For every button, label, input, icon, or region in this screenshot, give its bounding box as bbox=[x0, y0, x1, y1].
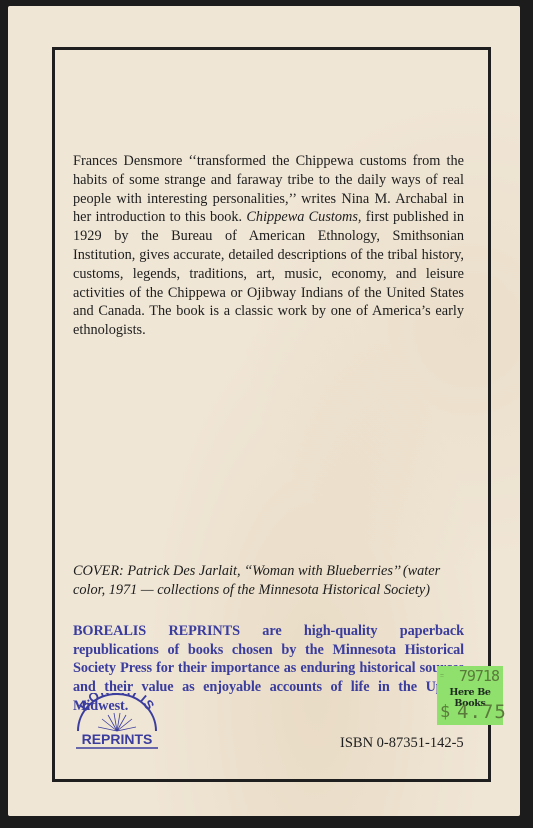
svg-text:BOREALIS: BOREALIS bbox=[76, 693, 158, 714]
logo-top-text: BOREALIS bbox=[76, 693, 158, 714]
book-title: Chippewa Customs, bbox=[246, 209, 361, 225]
description-text-continued: first published in 1929 by the Bureau of… bbox=[73, 209, 464, 338]
borealis-reprints-logo: BOREALIS REPRINTS bbox=[72, 693, 162, 749]
cover-credit: COVER: Patrick Des Jarlait, ‘‘Woman with… bbox=[73, 562, 464, 599]
price: 4.75 bbox=[457, 701, 507, 723]
sticker-mark: = bbox=[440, 672, 444, 680]
sticker-code: 79718 bbox=[459, 667, 499, 685]
book-description: Frances Densmore ‘‘transformed the Chipp… bbox=[73, 152, 464, 340]
currency-symbol: $ bbox=[440, 702, 450, 722]
isbn: ISBN 0-87351-142-5 bbox=[340, 735, 464, 752]
logo-bottom-text: REPRINTS bbox=[82, 731, 153, 747]
price-sticker: = 79718 Here Be Books $ 4.75 bbox=[437, 666, 503, 725]
sunburst-icon bbox=[98, 713, 136, 731]
